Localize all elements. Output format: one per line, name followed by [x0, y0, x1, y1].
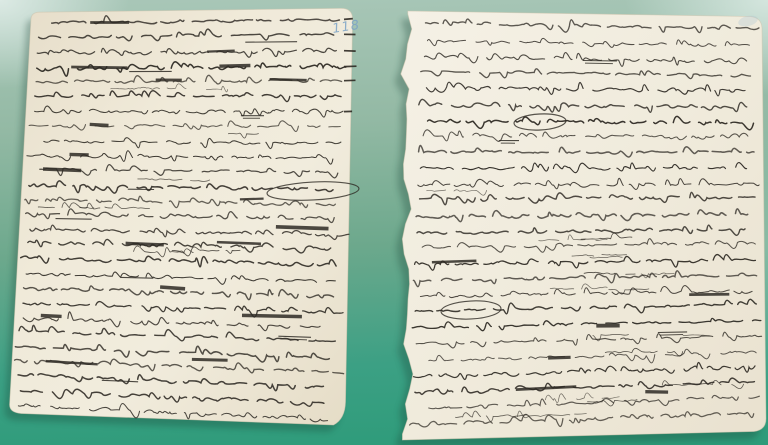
handwriting-stroke — [660, 335, 683, 336]
handwriting-stroke — [126, 243, 164, 245]
handwriting-stroke — [242, 315, 302, 316]
handwriting-stroke — [219, 66, 250, 67]
handwriting-stroke — [90, 124, 109, 125]
handwriting-stroke — [192, 359, 228, 360]
right-page — [401, 11, 766, 440]
handwriting-stroke — [240, 199, 264, 200]
manuscript-photo: 118 — [0, 0, 768, 445]
handwriting-stroke — [276, 227, 329, 229]
left-page: 118 — [10, 8, 362, 425]
handwriting-stroke — [56, 219, 92, 220]
handwriting-stroke — [41, 316, 62, 317]
handwriting-stroke — [245, 42, 297, 43]
handwriting-stroke — [658, 332, 687, 333]
handwriting-stroke — [43, 169, 81, 171]
handwriting-stroke — [432, 261, 477, 263]
handwriting-stroke — [548, 357, 571, 358]
handwriting-stroke — [344, 19, 353, 20]
handwriting-stroke — [583, 61, 617, 62]
handwriting-stroke — [207, 51, 235, 52]
handwriting-stroke — [270, 79, 307, 80]
display-case-backdrop: 118 — [0, 0, 768, 445]
handwriting-stroke — [217, 242, 261, 244]
handwriting-stroke — [71, 67, 127, 68]
handwriting-stroke — [160, 287, 185, 289]
handwriting-stroke — [70, 154, 89, 155]
handwriting-stroke — [585, 63, 613, 64]
